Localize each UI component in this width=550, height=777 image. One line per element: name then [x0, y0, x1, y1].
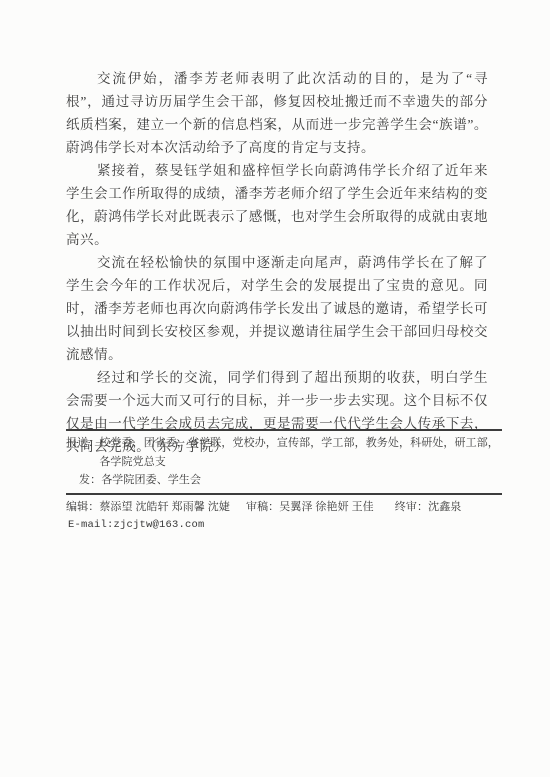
- email-address: E-mail:zjcjtw@163.com: [66, 516, 502, 535]
- editor-label: 编辑：: [66, 501, 99, 513]
- dispatch-recipients-line2: 各学院党总支: [99, 456, 166, 468]
- credits-row: 编辑：蔡添望 沈皓轩 郑雨馨 沈婕 审稿：吴翼泽 徐艳妍 王佳 终审：沈鑫泉: [66, 498, 502, 517]
- final-review-group: 终审：沈鑫泉: [395, 498, 462, 517]
- paragraph-1: 交流伊始，潘李芳老师表明了此次活动的目的，是为了“寻根”，通过寻访历届学生会干部…: [66, 67, 488, 159]
- dispatch-recipients-line1: 校党委，团省委，省学联，党校办，宣传部，学工部，教务处，科研处，研工部，: [99, 437, 499, 449]
- send-label: 发：: [79, 474, 101, 486]
- dispatch-row: 报送： 校党委，团省委，省学联，党校办，宣传部，学工部，教务处，科研处，研工部，…: [66, 434, 502, 471]
- document-page: 交流伊始，潘李芳老师表明了此次活动的目的，是为了“寻根”，通过寻访历届学生会干部…: [0, 0, 550, 777]
- footer-block: 报送： 校党委，团省委，省学联，党校办，宣传部，学工部，教务处，科研处，研工部，…: [66, 429, 502, 535]
- dispatch-section: 报送： 校党委，团省委，省学联，党校办，宣传部，学工部，教务处，科研处，研工部，…: [66, 431, 502, 490]
- final-reviewer-name: 沈鑫泉: [428, 501, 461, 513]
- dispatch-label: 报送：: [66, 434, 99, 471]
- review-label: 审稿：: [246, 501, 279, 513]
- send-recipients: 各学院团委、学生会: [101, 474, 201, 486]
- article-body: 交流伊始，潘李芳老师表明了此次活动的目的，是为了“寻根”，通过寻访历届学生会干部…: [66, 67, 488, 458]
- editors-group: 编辑：蔡添望 沈皓轩 郑雨馨 沈婕: [66, 498, 230, 517]
- credits-section: 编辑：蔡添望 沈皓轩 郑雨馨 沈婕 审稿：吴翼泽 徐艳妍 王佳 终审：沈鑫泉 E…: [66, 493, 502, 535]
- reviewer-names: 吴翼泽 徐艳妍 王佳: [279, 501, 374, 513]
- dispatch-recipients: 校党委，团省委，省学联，党校办，宣传部，学工部，教务处，科研处，研工部， 各学院…: [99, 434, 499, 471]
- final-review-label: 终审：: [395, 501, 428, 513]
- editor-names: 蔡添望 沈皓轩 郑雨馨 沈婕: [99, 501, 230, 513]
- paragraph-2: 紧接着，蔡旻钰学姐和盛梓恒学长向蔚鸿伟学长介绍了近年来学生会工作所取得的成绩，潘…: [66, 159, 488, 251]
- send-row: 发：各学院团委、学生会: [66, 471, 502, 490]
- reviewers-group: 审稿：吴翼泽 徐艳妍 王佳: [246, 498, 374, 517]
- paragraph-3: 交流在轻松愉快的氛围中逐渐走向尾声，蔚鸿伟学长在了解了学生会今年的工作状况后，对…: [66, 251, 488, 366]
